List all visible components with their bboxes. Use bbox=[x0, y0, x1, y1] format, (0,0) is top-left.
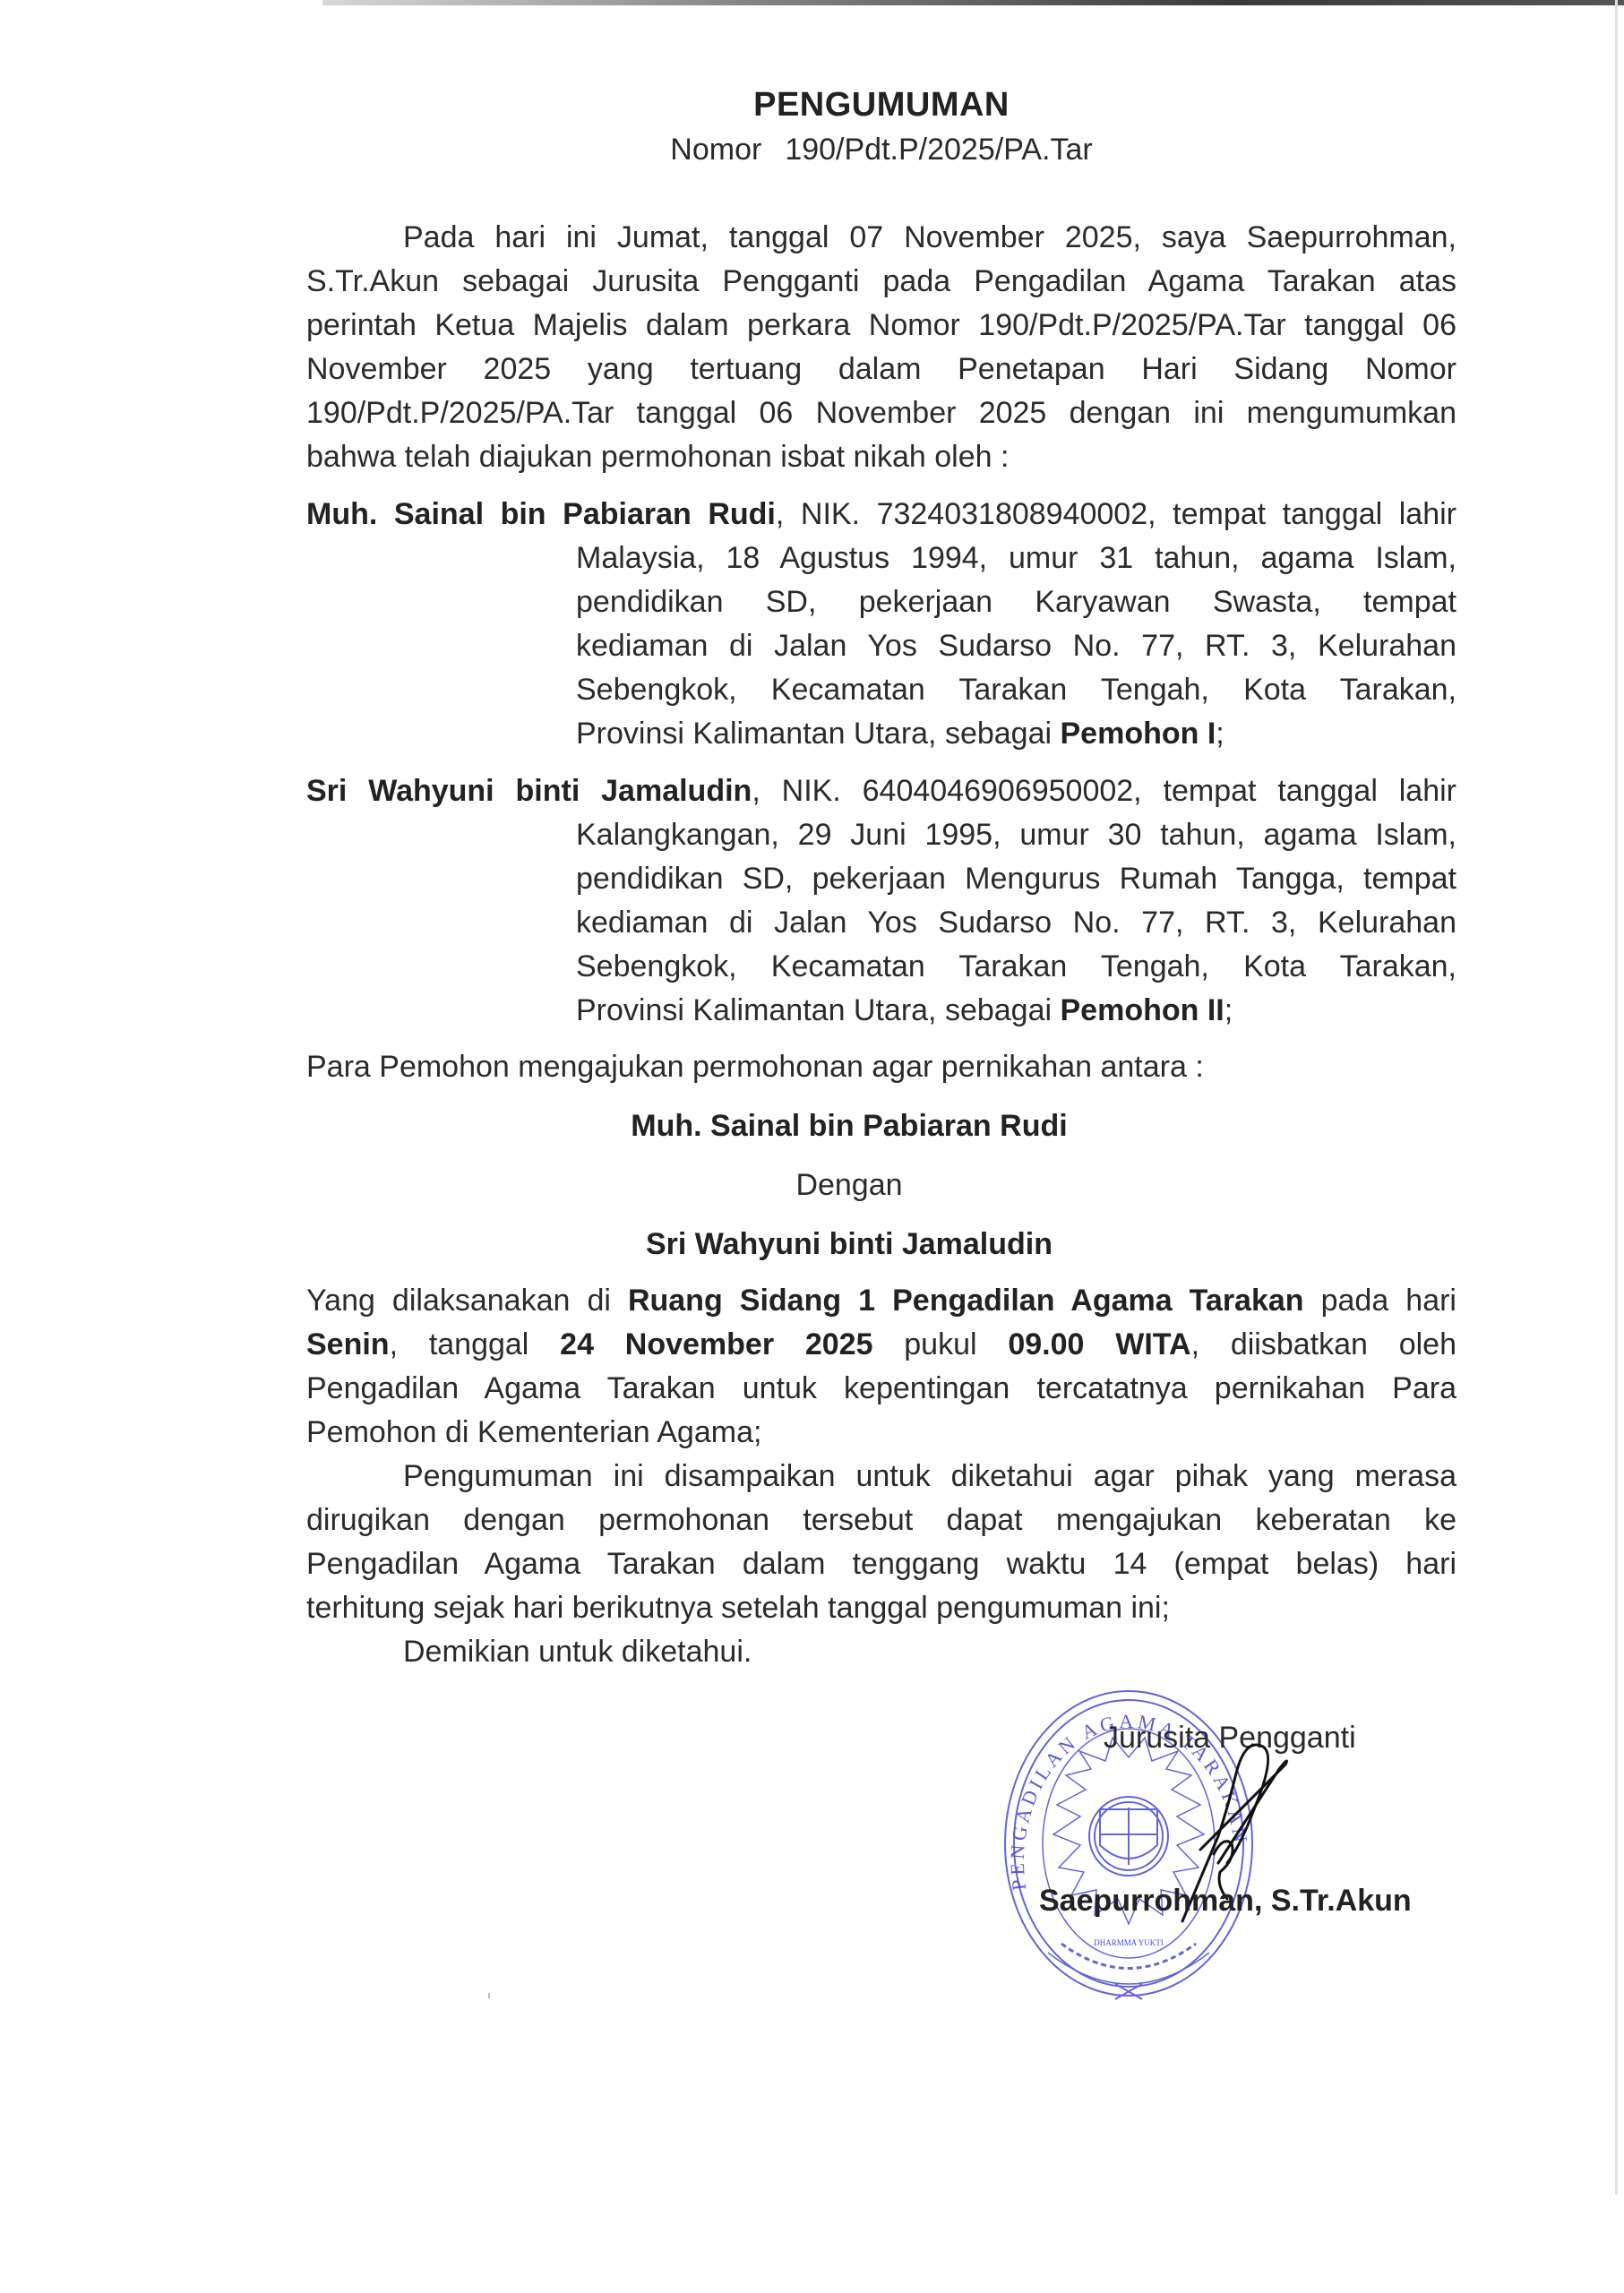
party-connector: Dengan bbox=[0, 1167, 1624, 1203]
request-intro: Para Pemohon mengajukan permohonan agar … bbox=[306, 1049, 1456, 1085]
applicant-1-line: Sebengkok, Kecamatan Tarakan Tengah, Kot… bbox=[576, 672, 1456, 708]
applicant-1-line: Malaysia, 18 Agustus 1994, umur 31 tahun… bbox=[576, 540, 1456, 576]
applicant-1-details: , NIK. 7324031808940002, tempat tanggal … bbox=[776, 497, 1456, 531]
notice-line: Pengadilan Agama Tarakan dalam tenggang … bbox=[306, 1546, 1456, 1582]
document-title: PENGUMUMAN bbox=[0, 86, 1624, 125]
hearing-time: 09.00 WITA bbox=[1008, 1327, 1190, 1361]
intro-line: bahwa telah diajukan permohonan isbat ni… bbox=[306, 439, 1456, 475]
hearing-line: Senin, tanggal 24 November 2025 pukul 09… bbox=[306, 1327, 1456, 1362]
document-number: Nomor190/Pdt.P/2025/PA.Tar bbox=[0, 133, 1624, 167]
applicant-2-details: , NIK. 6404046906950002, tempat tanggal … bbox=[752, 774, 1456, 808]
party-2-name: Sri Wahyuni binti Jamaludin bbox=[0, 1226, 1624, 1262]
applicant-2-address-end: Provinsi Kalimantan Utara, sebagai bbox=[576, 993, 1061, 1027]
hearing-venue: Ruang Sidang 1 Pengadilan Agama Tarakan bbox=[628, 1284, 1304, 1318]
punctuation: ; bbox=[1224, 993, 1233, 1027]
applicant-1-first-line: Muh. Sainal bin Pabiaran Rudi, NIK. 7324… bbox=[306, 496, 1456, 532]
applicant-1-line: kediaman di Jalan Yos Sudarso No. 77, RT… bbox=[576, 628, 1456, 664]
text: , diisbatkan oleh bbox=[1191, 1327, 1456, 1361]
hearing-line: Pemohon di Kementerian Agama; bbox=[306, 1414, 1456, 1450]
applicant-1-last-line: Provinsi Kalimantan Utara, sebagai Pemoh… bbox=[576, 716, 1456, 751]
document-number-label: Nomor bbox=[670, 133, 761, 167]
applicant-1-line: pendidikan SD, pekerjaan Karyawan Swasta… bbox=[576, 584, 1456, 620]
applicant-1-role: Pemohon I bbox=[1061, 717, 1216, 751]
text: , tanggal bbox=[390, 1327, 561, 1361]
hearing-day: Senin bbox=[306, 1327, 390, 1361]
applicant-2-name: Sri Wahyuni binti Jamaludin bbox=[306, 774, 752, 808]
intro-line: perintah Ketua Majelis dalam perkara Nom… bbox=[306, 307, 1456, 343]
closing-line: Demikian untuk diketahui. bbox=[403, 1634, 752, 1670]
applicant-2-line: Kalangkangan, 29 Juni 1995, umur 30 tahu… bbox=[576, 817, 1456, 853]
punctuation: ; bbox=[1216, 717, 1224, 751]
scan-edge-right bbox=[1615, 0, 1618, 2194]
hearing-line: Yang dilaksanakan di Ruang Sidang 1 Peng… bbox=[306, 1283, 1456, 1318]
applicant-1-address-end: Provinsi Kalimantan Utara, sebagai bbox=[576, 717, 1061, 751]
text: pukul bbox=[872, 1327, 1008, 1361]
svg-text:DHARMMA YUKTI: DHARMMA YUKTI bbox=[1094, 1938, 1163, 1947]
applicant-2-last-line: Provinsi Kalimantan Utara, sebagai Pemoh… bbox=[576, 992, 1456, 1028]
signatory-name: Saepurrohman, S.Tr.Akun bbox=[1039, 1884, 1412, 1919]
scan-speck bbox=[488, 1993, 490, 1998]
hearing-line: Pengadilan Agama Tarakan untuk kepenting… bbox=[306, 1370, 1456, 1406]
text: Yang dilaksanakan di bbox=[306, 1284, 628, 1318]
applicant-2-role: Pemohon II bbox=[1061, 993, 1224, 1027]
applicant-2-line: kediaman di Jalan Yos Sudarso No. 77, RT… bbox=[576, 905, 1456, 940]
intro-line: 190/Pdt.P/2025/PA.Tar tanggal 06 Novembe… bbox=[306, 395, 1456, 431]
applicant-2-line: Sebengkok, Kecamatan Tarakan Tengah, Kot… bbox=[576, 949, 1456, 984]
intro-line: Pada hari ini Jumat, tanggal 07 November… bbox=[403, 219, 1456, 255]
applicant-2-line: pendidikan SD, pekerjaan Mengurus Rumah … bbox=[576, 861, 1456, 897]
intro-line: S.Tr.Akun sebagai Jurusita Pengganti pad… bbox=[306, 263, 1456, 299]
applicant-1-name: Muh. Sainal bin Pabiaran Rudi bbox=[306, 497, 776, 531]
scan-edge-top bbox=[322, 0, 1624, 5]
applicant-2-first-line: Sri Wahyuni binti Jamaludin, NIK. 640404… bbox=[306, 773, 1456, 809]
party-1-name-text: Muh. Sainal bin Pabiaran Rudi bbox=[631, 1109, 1067, 1143]
document-number-value: 190/Pdt.P/2025/PA.Tar bbox=[785, 133, 1092, 167]
party-2-name-text: Sri Wahyuni binti Jamaludin bbox=[646, 1227, 1053, 1261]
text: pada hari bbox=[1304, 1284, 1456, 1318]
notice-line: terhitung sejak hari berikutnya setelah … bbox=[306, 1590, 1456, 1626]
notice-line: dirugikan dengan permohonan tersebut dap… bbox=[306, 1502, 1456, 1538]
notice-line: Pengumuman ini disampaikan untuk diketah… bbox=[403, 1458, 1456, 1494]
hearing-date: 24 November 2025 bbox=[560, 1327, 872, 1361]
party-1-name: Muh. Sainal bin Pabiaran Rudi bbox=[0, 1108, 1624, 1144]
intro-line: November 2025 yang tertuang dalam Peneta… bbox=[306, 351, 1456, 387]
